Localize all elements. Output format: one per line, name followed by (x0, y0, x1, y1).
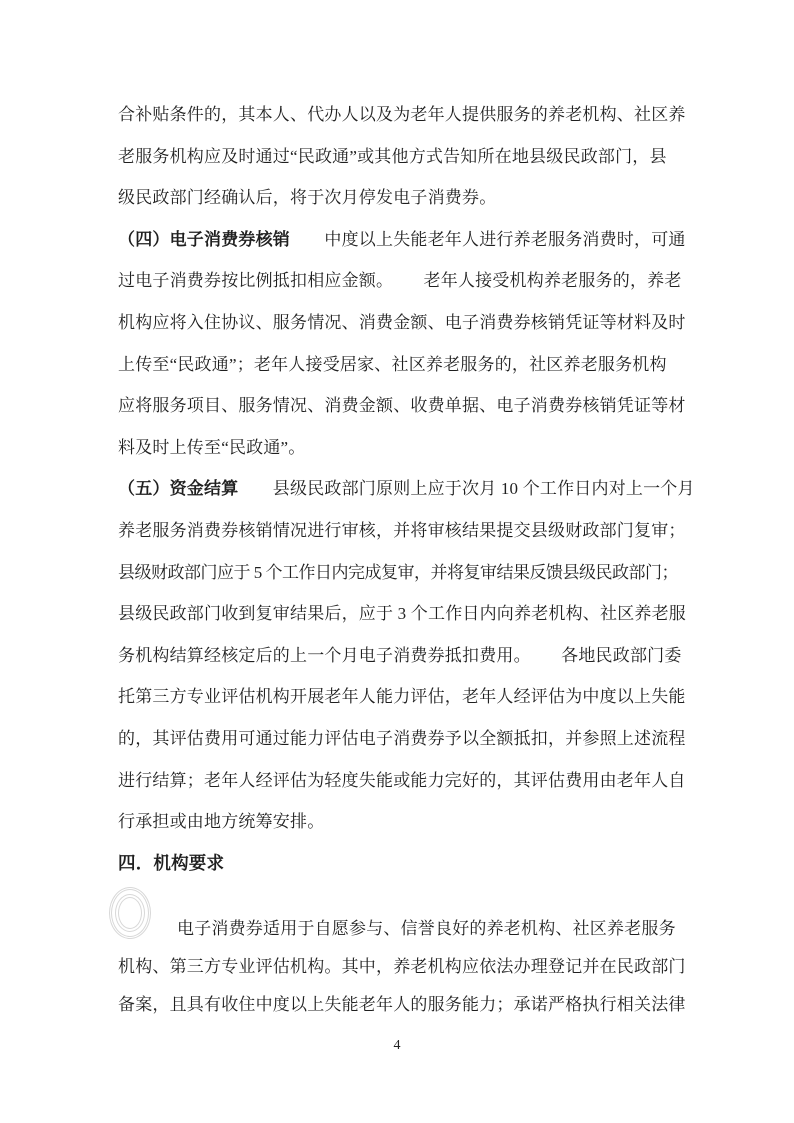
line-text: 应将服务项目、服务情况、消费金额、收费单据、电子消费券核销凭证等材 (118, 396, 686, 415)
page-number: 4 (0, 1038, 794, 1054)
text-line: 务机构结算经核定后的上一个月电子消费券抵扣费用。 各地民政部门委 (118, 635, 692, 677)
line-text: 务机构结算经核定后的上一个月电子消费券抵扣费用。 各地民政部门委 (118, 646, 682, 665)
text-line: 料及时上传至“民政通”。 (118, 427, 692, 469)
line-text: 过电子消费券按比例抵扣相应金额。 老年人接受机构养老服务的，养老 (118, 271, 682, 290)
line-text: 机构、第三方专业评估机构。其中，养老机构应依法办理登记并在民政部门 (118, 957, 686, 976)
line-text: 中度以上失能老年人进行养老服务消费时，可通 (290, 230, 686, 249)
line-text: 进行结算；老年人经评估为轻度失能或能力完好的，其评估费用由老年人自 (118, 771, 686, 790)
line-text: 上传至“民政通”；老年人接受居家、社区养老服务的，社区养老服务机构 (118, 355, 667, 374)
text-line: 行承担或由地方统筹安排。 (118, 801, 692, 843)
text-line: 级民政部门经确认后，将于次月停发电子消费券。 (118, 177, 692, 219)
text-line: 县级财政部门应于 5 个工作日内完成复审，并将复审结果反馈县级民政部门； (118, 552, 692, 594)
line-text: 养老服务消费券核销情况进行审核，并将审核结果提交县级财政部门复审； (118, 521, 686, 540)
line-text: 托第三方专业评估机构开展老年人能力评估，老年人经评估为中度以上失能 (118, 687, 686, 706)
concentric-circles-stamp-icon (109, 887, 151, 939)
text-line: 备案，且具有收住中度以上失能老年人的服务能力；承诺严格执行相关法律 (118, 986, 692, 1024)
section-label-5: （五）资金结算 (118, 479, 238, 498)
text-line: 老服务机构应及时通过“民政通”或其他方式告知所在地县级民政部门，县 (118, 136, 692, 178)
text-line: 托第三方专业评估机构开展老年人能力评估，老年人经评估为中度以上失能 (118, 676, 692, 718)
text-line: 应将服务项目、服务情况、消费金额、收费单据、电子消费券核销凭证等材 (118, 385, 692, 427)
section-label-4: （四）电子消费券核销 (118, 230, 290, 249)
text-line: 机构应将入住协议、服务情况、消费金额、电子消费券核销凭证等材料及时 (118, 302, 692, 344)
text-line: 电子消费券适用于自愿参与、信誉良好的养老机构、社区养老服务 (118, 910, 692, 948)
watermark-ring (118, 897, 142, 929)
section-heading: 四．机构要求 (118, 843, 692, 885)
line-text: 级民政部门经确认后，将于次月停发电子消费券。 (118, 188, 496, 207)
line-text: 的，其评估费用可通过能力评估电子消费券予以全额抵扣，并参照上述流程 (118, 729, 686, 748)
line-text: 合补贴条件的，其本人、代办人以及为老年人提供服务的养老机构、社区养 (118, 105, 686, 124)
line-text: 老服务机构应及时通过“民政通”或其他方式告知所在地县级民政部门，县 (118, 147, 667, 166)
line-text: 行承担或由地方统筹安排。 (118, 812, 324, 831)
text-line: 过电子消费券按比例抵扣相应金额。 老年人接受机构养老服务的，养老 (118, 260, 692, 302)
text-line: 机构、第三方专业评估机构。其中，养老机构应依法办理登记并在民政部门 (118, 948, 692, 986)
paragraph: 电子消费券适用于自愿参与、信誉良好的养老机构、社区养老服务 机构、第三方专业评估… (118, 910, 692, 1024)
document-page: 合补贴条件的，其本人、代办人以及为老年人提供服务的养老机构、社区养 老服务机构应… (0, 0, 794, 1123)
line-text: 县级民政部门收到复审结果后，应于 3 个工作日内向养老机构、社区养老服 (118, 604, 686, 623)
line-text: 县级民政部门原则上应于次月 10 个工作日内对上一个月 (238, 479, 694, 498)
text-line: 进行结算；老年人经评估为轻度失能或能力完好的，其评估费用由老年人自 (118, 760, 692, 802)
line-text: 电子消费券适用于自愿参与、信誉良好的养老机构、社区养老服务 (177, 919, 676, 938)
line-text: 县级财政部门应于 5 个工作日内完成复审，并将复审结果反馈县级民政部门； (118, 563, 678, 582)
text-line: 上传至“民政通”；老年人接受居家、社区养老服务的，社区养老服务机构 (118, 344, 692, 386)
document-body: 合补贴条件的，其本人、代办人以及为老年人提供服务的养老机构、社区养 老服务机构应… (118, 94, 692, 1024)
text-line: 合补贴条件的，其本人、代办人以及为老年人提供服务的养老机构、社区养 (118, 94, 692, 136)
text-line: 县级民政部门收到复审结果后，应于 3 个工作日内向养老机构、社区养老服 (118, 593, 692, 635)
text-line: （五）资金结算 县级民政部门原则上应于次月 10 个工作日内对上一个月 (118, 468, 692, 510)
text-line: 养老服务消费券核销情况进行审核，并将审核结果提交县级财政部门复审； (118, 510, 692, 552)
text-line: 的，其评估费用可通过能力评估电子消费券予以全额抵扣，并参照上述流程 (118, 718, 692, 760)
text-line: （四）电子消费券核销 中度以上失能老年人进行养老服务消费时，可通 (118, 219, 692, 261)
line-text: 机构应将入住协议、服务情况、消费金额、电子消费券核销凭证等材料及时 (118, 313, 686, 332)
line-text: 料及时上传至“民政通”。 (118, 438, 306, 457)
line-text: 备案，且具有收住中度以上失能老年人的服务能力；承诺严格执行相关法律 (118, 995, 686, 1014)
heading-text: 四．机构要求 (118, 853, 224, 873)
